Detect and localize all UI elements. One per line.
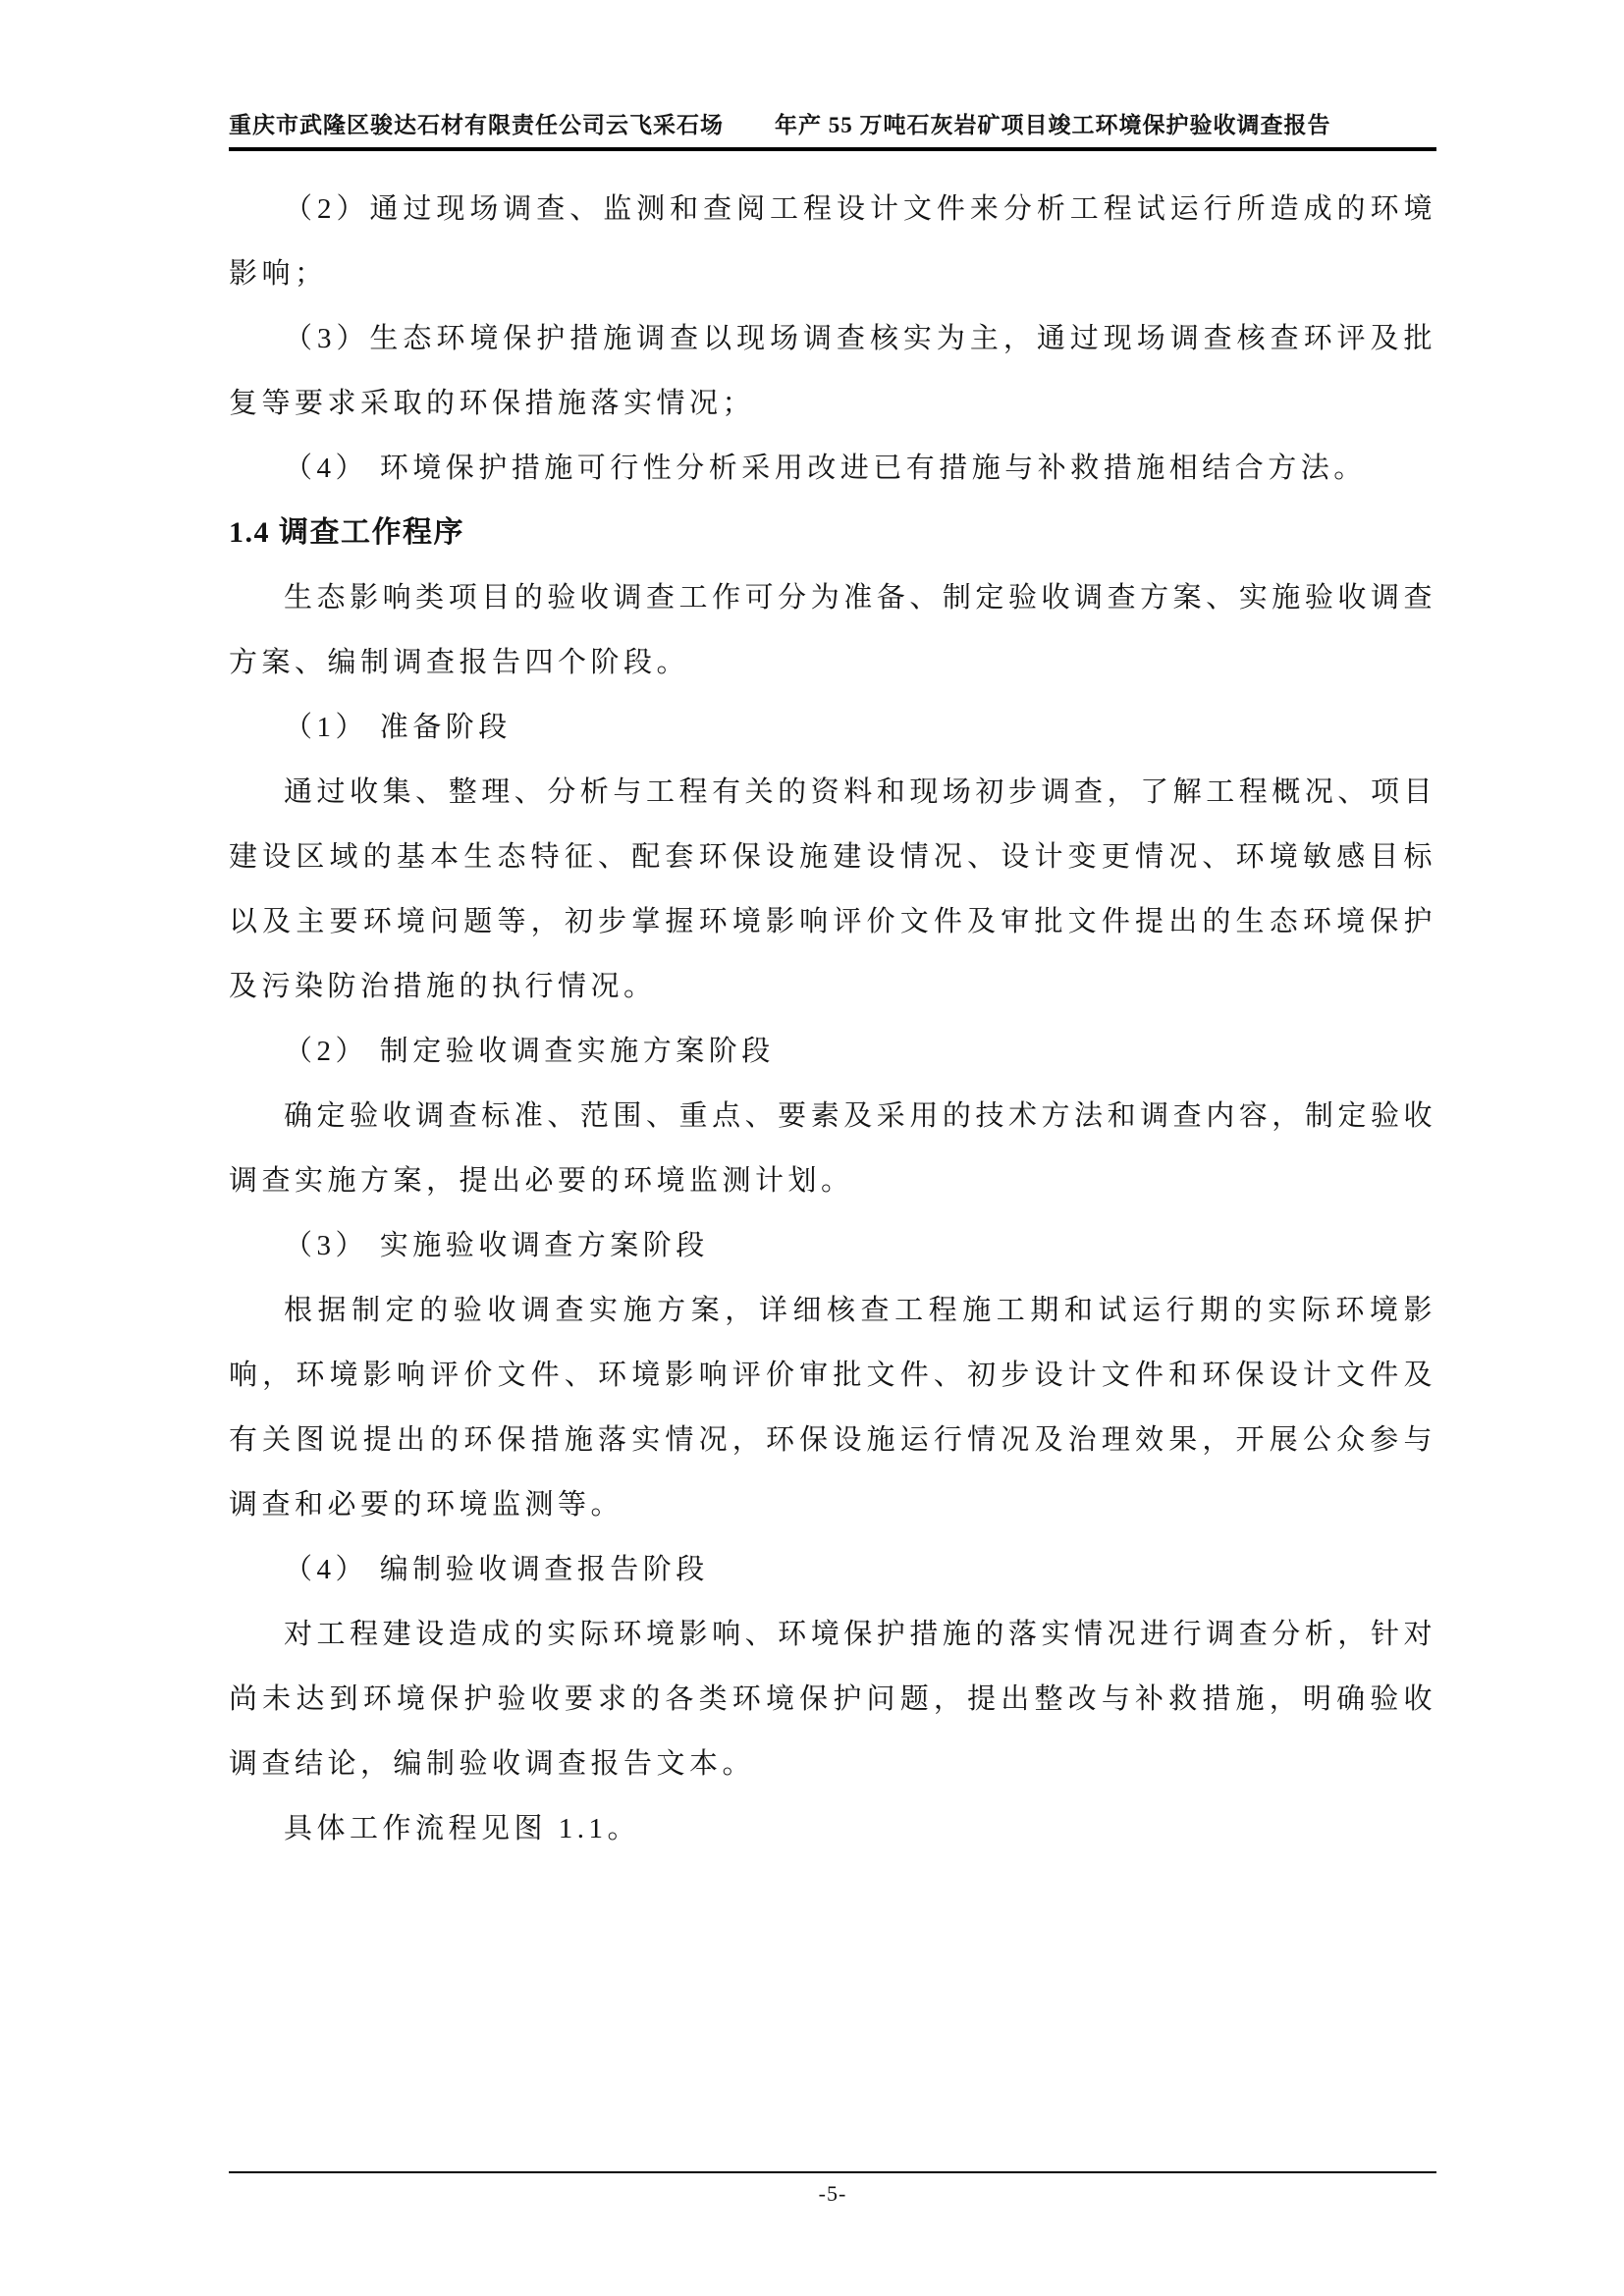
- footer-rule: [229, 2171, 1436, 2173]
- stage-2-title: （2） 制定验收调查实施方案阶段: [229, 1019, 1436, 1084]
- stage-4-body: 对工程建设造成的实际环境影响、环境保护措施的落实情况进行调查分析，针对尚未达到环…: [229, 1602, 1436, 1796]
- header-text: 重庆市武隆区骏达石材有限责任公司云飞采石场年产 55 万吨石灰岩矿项目竣工环境保…: [229, 110, 1436, 141]
- paragraph-method-4: （4） 环境保护措施可行性分析采用改进已有措施与补救措施相结合方法。: [229, 436, 1436, 501]
- header-rule: [229, 147, 1436, 151]
- page-header: 重庆市武隆区骏达石材有限责任公司云飞采石场年产 55 万吨石灰岩矿项目竣工环境保…: [229, 110, 1436, 151]
- page-number: -5-: [229, 2181, 1436, 2207]
- stage-1-body: 通过收集、整理、分析与工程有关的资料和现场初步调查，了解工程概况、项目建设区域的…: [229, 760, 1436, 1019]
- stage-1-title: （1） 准备阶段: [229, 695, 1436, 760]
- document-page: 重庆市武隆区骏达石材有限责任公司云飞采石场年产 55 万吨石灰岩矿项目竣工环境保…: [0, 0, 1624, 2296]
- stage-4-title: （4） 编制验收调查报告阶段: [229, 1537, 1436, 1602]
- stage-2-body: 确定验收调查标准、范围、重点、要素及采用的技术方法和调查内容，制定验收调查实施方…: [229, 1084, 1436, 1213]
- paragraph-method-2: （2）通过现场调查、监测和查阅工程设计文件来分析工程试运行所造成的环境影响；: [229, 177, 1436, 306]
- paragraph-overview: 生态影响类项目的验收调查工作可分为准备、制定验收调查方案、实施验收调查方案、编制…: [229, 565, 1436, 695]
- page-footer: -5-: [229, 2171, 1436, 2207]
- stage-3-body: 根据制定的验收调查实施方案，详细核查工程施工期和试运行期的实际环境影响，环境影响…: [229, 1278, 1436, 1537]
- paragraph-flowchart-ref: 具体工作流程见图 1.1。: [229, 1796, 1436, 1861]
- paragraph-method-3: （3）生态环境保护措施调查以现场调查核实为主，通过现场调查核查环评及批复等要求采…: [229, 306, 1436, 436]
- header-company-title: 重庆市武隆区骏达石材有限责任公司云飞采石场: [229, 113, 724, 137]
- section-heading-1-4: 1.4 调查工作程序: [229, 501, 1436, 565]
- document-body: （2）通过现场调查、监测和查阅工程设计文件来分析工程试运行所造成的环境影响； （…: [229, 177, 1436, 1861]
- stage-3-title: （3） 实施验收调查方案阶段: [229, 1213, 1436, 1278]
- header-project-title: 年产 55 万吨石灰岩矿项目竣工环境保护验收调查报告: [775, 113, 1331, 137]
